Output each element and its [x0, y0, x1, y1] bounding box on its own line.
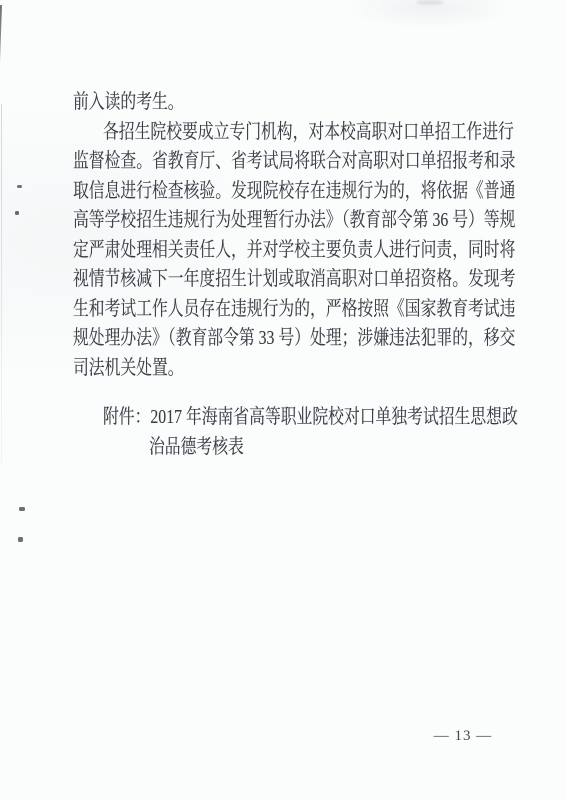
scan-speck: [15, 211, 19, 215]
body-line: 取信息进行检查核验。发现院校存在违规行为的，将依据《普通: [73, 177, 436, 207]
body-line: 高等学校招生违规行为处理暂行办法》（教育部令第 36 号）等规: [73, 206, 436, 236]
body-line: 规处理办法》（教育部令第 33 号）处理；涉嫌违法犯罪的，移交: [73, 324, 436, 354]
scan-speck: [19, 507, 25, 511]
body-line: 各招生院校要成立专门机构，对本校高职对口单招工作进行: [103, 118, 443, 148]
attachment-line: 附件：2017 年海南省高等职业院校对口单独考试招生思想政: [103, 402, 443, 432]
body-line: 生和考试工作人员存在违规行为的，严格按照《国家教育考试违: [73, 295, 436, 325]
body-line: 前入读的考生。: [73, 88, 436, 118]
scan-edge-line: [0, 5, 2, 107]
body-line: 视情节核减下一年度招生计划或取消高职对口单招资格。发现考: [73, 265, 436, 295]
scan-speck: [17, 185, 22, 188]
scan-edge-line-faint: [1, 104, 2, 464]
body-line: 定严肃处理相关责任人，并对学校主要负责人进行问责，同时将: [73, 236, 436, 266]
body-line: 司法机关处置。: [73, 354, 436, 384]
attachment-note: 附件：2017 年海南省高等职业院校对口单独考试招生思想政 治品德考核表: [73, 402, 533, 462]
scanned-document-page: 前入读的考生。 各招生院校要成立专门机构，对本校高职对口单招工作进行 监督检查。…: [0, 0, 566, 800]
document-body: 前入读的考生。 各招生院校要成立专门机构，对本校高职对口单招工作进行 监督检查。…: [73, 88, 533, 383]
scan-smudge: [416, 0, 444, 5]
body-line: 监督检查。省教育厅、省考试局将联合对高职对口单招报考和录: [73, 147, 436, 177]
page-number: — 13 —: [403, 727, 523, 745]
attachment-line: 治品德考核表: [149, 432, 452, 462]
scan-speck: [18, 537, 23, 542]
